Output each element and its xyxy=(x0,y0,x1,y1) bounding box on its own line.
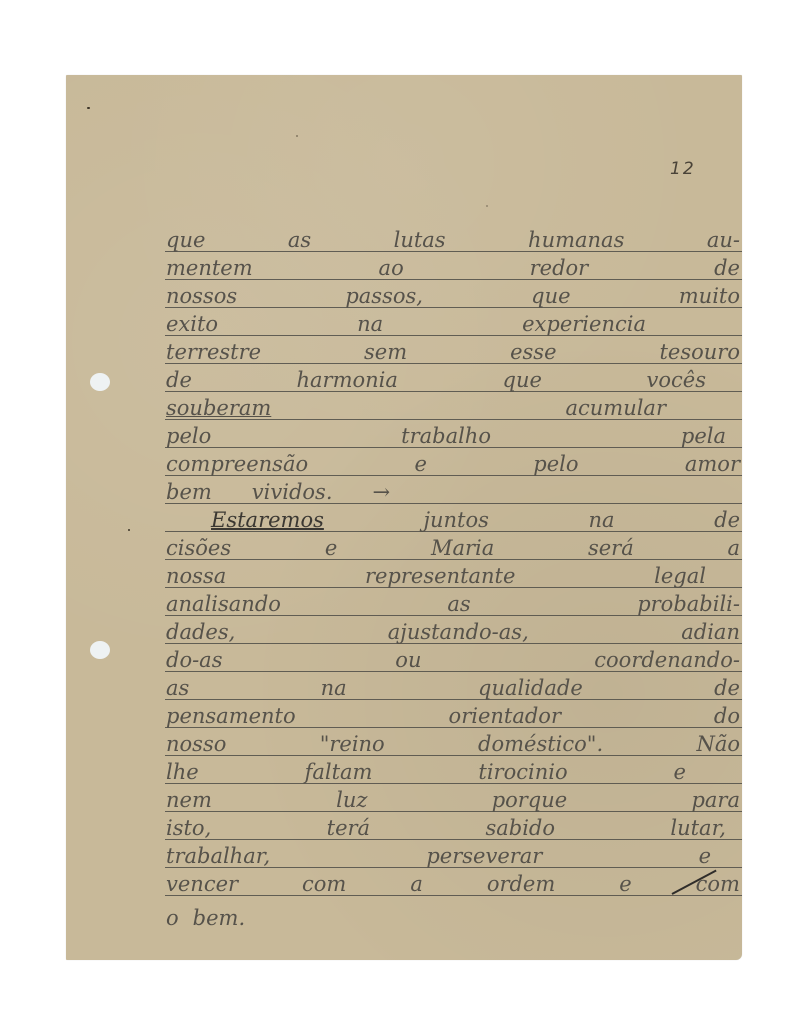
word: lhe xyxy=(166,759,199,785)
word: e xyxy=(674,759,686,785)
word: ordem xyxy=(487,871,555,897)
word: as xyxy=(447,591,470,617)
text-line-16: do-as ou coordenando- xyxy=(166,647,740,673)
word: terrestre xyxy=(166,339,261,365)
word: pelo xyxy=(166,423,211,449)
word: pela xyxy=(681,423,726,449)
word: de xyxy=(714,507,740,533)
word: na xyxy=(588,507,614,533)
word: lutas xyxy=(394,227,446,253)
word: amor xyxy=(685,451,740,477)
paper-speck xyxy=(486,205,488,207)
word: tesouro xyxy=(659,339,740,365)
word: será xyxy=(588,535,634,561)
word: e xyxy=(414,451,426,477)
word: redor xyxy=(530,255,589,281)
word: trabalho xyxy=(401,423,491,449)
text-line-3: nossos passos, que muito xyxy=(166,283,740,309)
word: trabalhar, xyxy=(166,843,270,869)
word: com xyxy=(696,871,740,897)
text-line-22: isto, terá sabido lutar, xyxy=(166,815,726,841)
word: na xyxy=(321,675,347,701)
word: bem xyxy=(166,479,212,505)
text-line-12: cisões e Maria será a xyxy=(166,535,740,561)
text-line-5: terrestre sem esse tesouro xyxy=(166,339,740,365)
word: nem xyxy=(166,787,212,813)
word: as xyxy=(288,227,311,253)
word: e xyxy=(699,843,711,869)
word: → xyxy=(373,479,391,505)
word: experiencia xyxy=(522,311,646,337)
word: doméstico". xyxy=(478,731,603,757)
text-line-10: bem vividos. → xyxy=(166,479,740,505)
word: de xyxy=(714,675,740,701)
word: ao xyxy=(379,255,404,281)
text-line-1: que as lutas humanas au- xyxy=(166,227,740,253)
word: de xyxy=(714,255,740,281)
letter-page: 12 que as lutas humanas au- mentem ao re… xyxy=(66,75,742,960)
text-line-17: as na qualidade de xyxy=(166,675,740,701)
word: dades, xyxy=(166,619,235,645)
text-line-23: trabalhar, perseverar e xyxy=(166,843,711,869)
word: e xyxy=(619,871,631,897)
word: sem xyxy=(364,339,407,365)
word: vocês xyxy=(647,367,706,393)
word: que xyxy=(531,283,570,309)
text-line-18: pensamento orientador do xyxy=(166,703,740,729)
word: Maria xyxy=(431,535,494,561)
word: juntos xyxy=(423,507,488,533)
word: lutar, xyxy=(670,815,726,841)
word: porque xyxy=(492,787,568,813)
paper-speck xyxy=(128,529,130,531)
text-line-13: nossa representante legal xyxy=(166,563,706,589)
word: souberam xyxy=(166,395,271,421)
word: faltam xyxy=(305,759,373,785)
word: luz xyxy=(336,787,367,813)
word: as xyxy=(166,675,189,701)
word: probabili- xyxy=(637,591,740,617)
word: nossa xyxy=(166,563,226,589)
word: muito xyxy=(679,283,740,309)
word: de xyxy=(166,367,192,393)
word: vividos. xyxy=(252,479,333,505)
word: tirocinio xyxy=(478,759,567,785)
word: para xyxy=(691,787,740,813)
word: representante xyxy=(365,563,515,589)
word: terá xyxy=(327,815,370,841)
word: com xyxy=(302,871,346,897)
word: passos, xyxy=(345,283,423,309)
word: na xyxy=(357,311,383,337)
word: "reino xyxy=(320,731,385,757)
word: orientador xyxy=(449,703,561,729)
word: perseverar xyxy=(426,843,542,869)
text-line-20: lhe faltam tirocinio e xyxy=(166,759,686,785)
word: a xyxy=(727,535,740,561)
word: do-as xyxy=(166,647,222,673)
word: ajustando-as, xyxy=(388,619,529,645)
text-line-25: o bem. xyxy=(166,905,740,931)
word: humanas xyxy=(528,227,624,253)
word: o xyxy=(166,905,179,931)
paper-speck xyxy=(87,107,90,109)
word: Estaremos xyxy=(211,507,324,533)
text-line-19: nosso "reino doméstico". Não xyxy=(166,731,740,757)
text-line-15: dades, ajustando-as, adian xyxy=(166,619,740,645)
text-line-2: mentem ao redor de xyxy=(166,255,740,281)
word: acumular xyxy=(565,395,666,421)
word: pelo xyxy=(533,451,578,477)
word: qualidade xyxy=(478,675,583,701)
word: au- xyxy=(707,227,740,253)
word: isto, xyxy=(166,815,211,841)
word: que xyxy=(503,367,542,393)
text-line-14: analisando as probabili- xyxy=(166,591,740,617)
word: harmonia xyxy=(296,367,397,393)
word: pensamento xyxy=(166,703,296,729)
word: esse xyxy=(510,339,556,365)
word: nossos xyxy=(166,283,237,309)
text-line-7: souberam acumular xyxy=(166,395,666,421)
word: sabido xyxy=(485,815,555,841)
text-line-4: exito na experiencia xyxy=(166,311,646,337)
text-line-6: de harmonia que vocês xyxy=(166,367,706,393)
punch-hole xyxy=(90,373,110,391)
word: cisões xyxy=(166,535,231,561)
word: legal xyxy=(654,563,706,589)
word: analisando xyxy=(166,591,281,617)
word: vencer xyxy=(166,871,238,897)
word: que xyxy=(166,227,205,253)
text-line-21: nem luz porque para xyxy=(166,787,740,813)
word: do xyxy=(714,703,740,729)
text-line-8: pelo trabalho pela xyxy=(166,423,726,449)
text-line-9: compreensão e pelo amor xyxy=(166,451,740,477)
punch-hole xyxy=(90,641,110,659)
text-line-24: vencer com a ordem e com xyxy=(166,871,740,897)
text-line-11: Estaremos juntos na de xyxy=(166,507,740,533)
word: exito xyxy=(166,311,218,337)
word: mentem xyxy=(166,255,253,281)
word: coordenando- xyxy=(594,647,740,673)
word: e xyxy=(325,535,337,561)
paper-speck xyxy=(296,135,298,137)
word: a xyxy=(410,871,423,897)
word: Não xyxy=(696,731,740,757)
word: compreensão xyxy=(166,451,308,477)
page-number: 12 xyxy=(670,159,696,179)
word: bem. xyxy=(193,905,245,931)
word: ou xyxy=(395,647,421,673)
word: adian xyxy=(681,619,740,645)
word: nosso xyxy=(166,731,226,757)
